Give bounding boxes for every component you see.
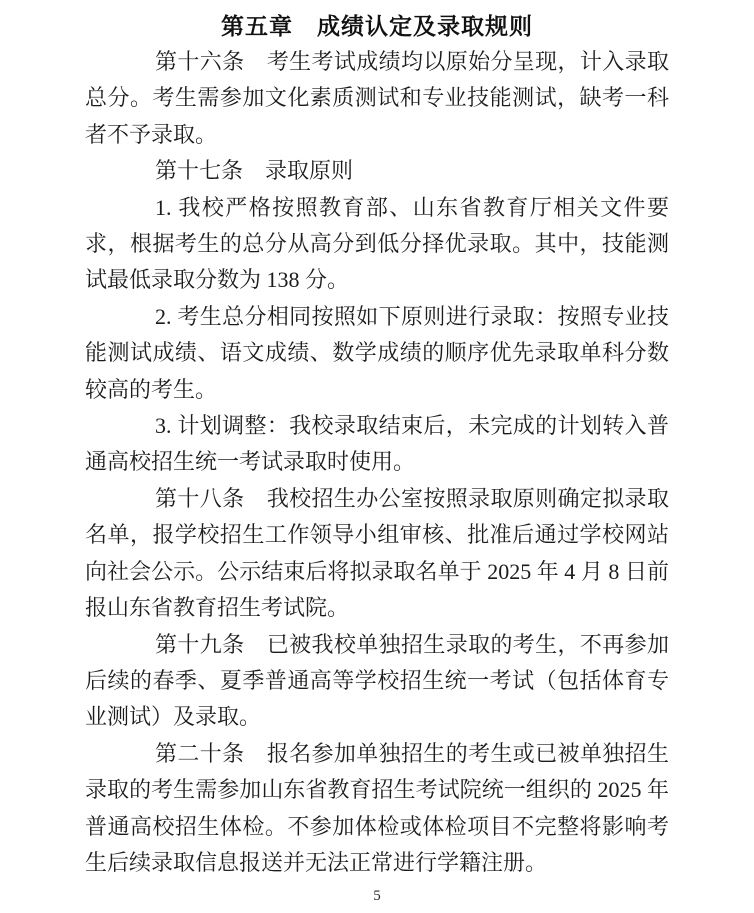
document-page: 第五章 成绩认定及录取规则 第十六条 考生考试成绩均以原始分呈现，计入录取总分。…: [0, 0, 754, 913]
page-number: 5: [0, 888, 754, 905]
document-body: 第十六条 考生考试成绩均以原始分呈现，计入录取总分。考生需参加文化素质测试和专业…: [85, 44, 669, 881]
paragraph-rule-2: 2. 考生总分相同按照如下原则进行录取：按照专业技能测试成绩、语文成绩、数学成绩…: [85, 299, 669, 408]
paragraph-article-18: 第十八条 我校招生办公室按照录取原则确定拟录取名单，报学校招生工作领导小组审核、…: [85, 481, 669, 627]
paragraph-article-20: 第二十条 报名参加单独招生的考生或已被单独招生录取的考生需参加山东省教育招生考试…: [85, 736, 669, 882]
paragraph-article-16: 第十六条 考生考试成绩均以原始分呈现，计入录取总分。考生需参加文化素质测试和专业…: [85, 44, 669, 153]
paragraph-article-19: 第十九条 已被我校单独招生录取的考生，不再参加后续的春季、夏季普通高等学校招生统…: [85, 627, 669, 736]
paragraph-rule-1: 1. 我校严格按照教育部、山东省教育厅相关文件要求，根据考生的总分从高分到低分择…: [85, 190, 669, 299]
chapter-title: 第五章 成绩认定及录取规则: [0, 8, 754, 41]
paragraph-article-17: 第十七条 录取原则: [85, 153, 669, 189]
paragraph-rule-3: 3. 计划调整：我校录取结束后，未完成的计划转入普通高校招生统一考试录取时使用。: [85, 408, 669, 481]
